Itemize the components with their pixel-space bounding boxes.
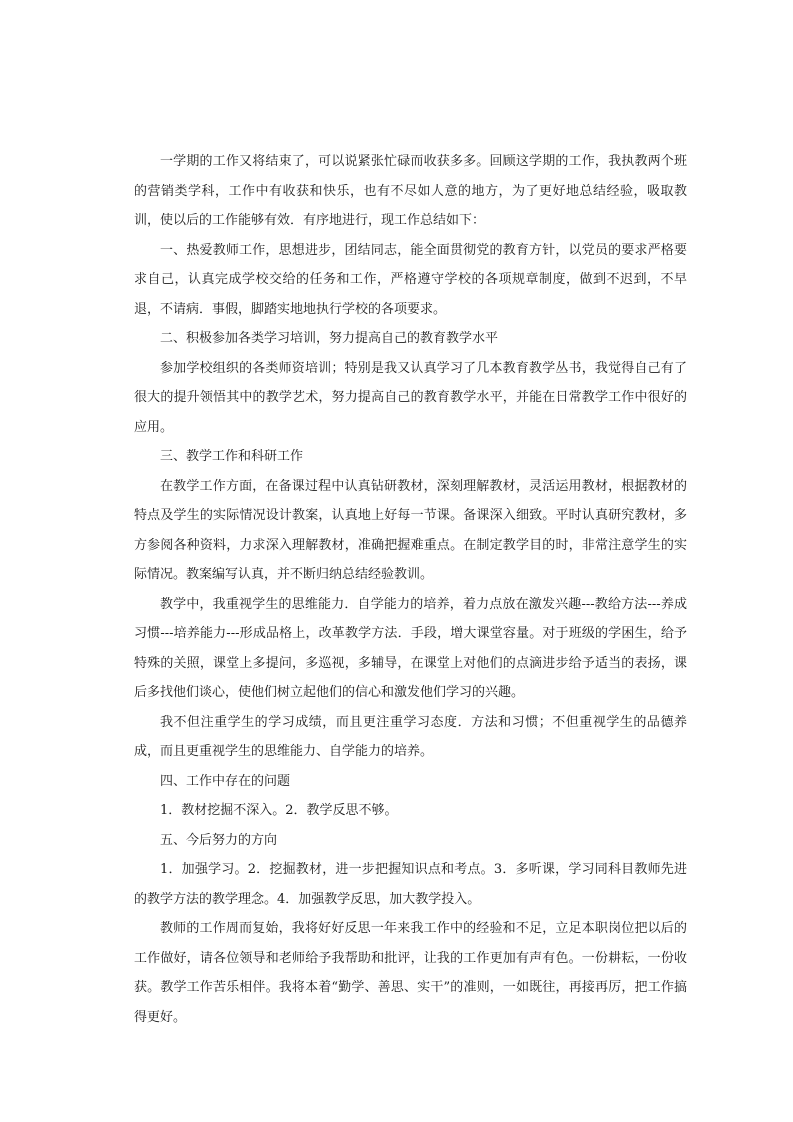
section-2-heading: 二、积极参加各类学习培训，努力提高自己的教育教学水平	[134, 324, 687, 354]
section-4-list: 1．教材挖掘不深入。2．教学反思不够。	[134, 796, 687, 826]
section-3-paragraph-attitude: 我不但注重学生的学习成绩，而且更注重学习态度．方法和习惯；不但重视学生的品德养成…	[134, 708, 687, 767]
section-3-paragraph-methods: 教学中，我重视学生的思维能力．自学能力的培养，着力点放在激发兴趣---教给方法-…	[134, 590, 687, 708]
section-1-paragraph: 一、热爱教师工作，思想进步，团结同志，能全面贯彻党的教育方针，以党员的要求严格要…	[134, 236, 687, 325]
section-2-paragraph: 参加学校组织的各类师资培训；特别是我又认真学习了几本教育教学丛书，我觉得自己有了…	[134, 354, 687, 443]
section-5-heading: 五、今后努力的方向	[134, 826, 687, 856]
section-3-paragraph-teaching: 在教学工作方面，在备课过程中认真钻研教材，深刻理解教材，灵活运用教材，根据教材的…	[134, 472, 687, 590]
section-5-list: 1．加强学习。2．挖掘教材，进一步把握知识点和考点。3．多听课，学习同科目教师先…	[134, 855, 687, 914]
section-3-heading: 三、教学工作和科研工作	[134, 442, 687, 472]
section-4-heading: 四、工作中存在的问题	[134, 767, 687, 797]
closing-paragraph: 教师的工作周而复始，我将好好反思一年来我工作中的经验和不足，立足本职岗位把以后的…	[134, 914, 687, 1032]
intro-paragraph: 一学期的工作又将结束了，可以说紧张忙碌而收获多多。回顾这学期的工作，我执教两个班…	[134, 147, 687, 236]
document-page: 一学期的工作又将结束了，可以说紧张忙碌而收获多多。回顾这学期的工作，我执教两个班…	[134, 147, 687, 1032]
